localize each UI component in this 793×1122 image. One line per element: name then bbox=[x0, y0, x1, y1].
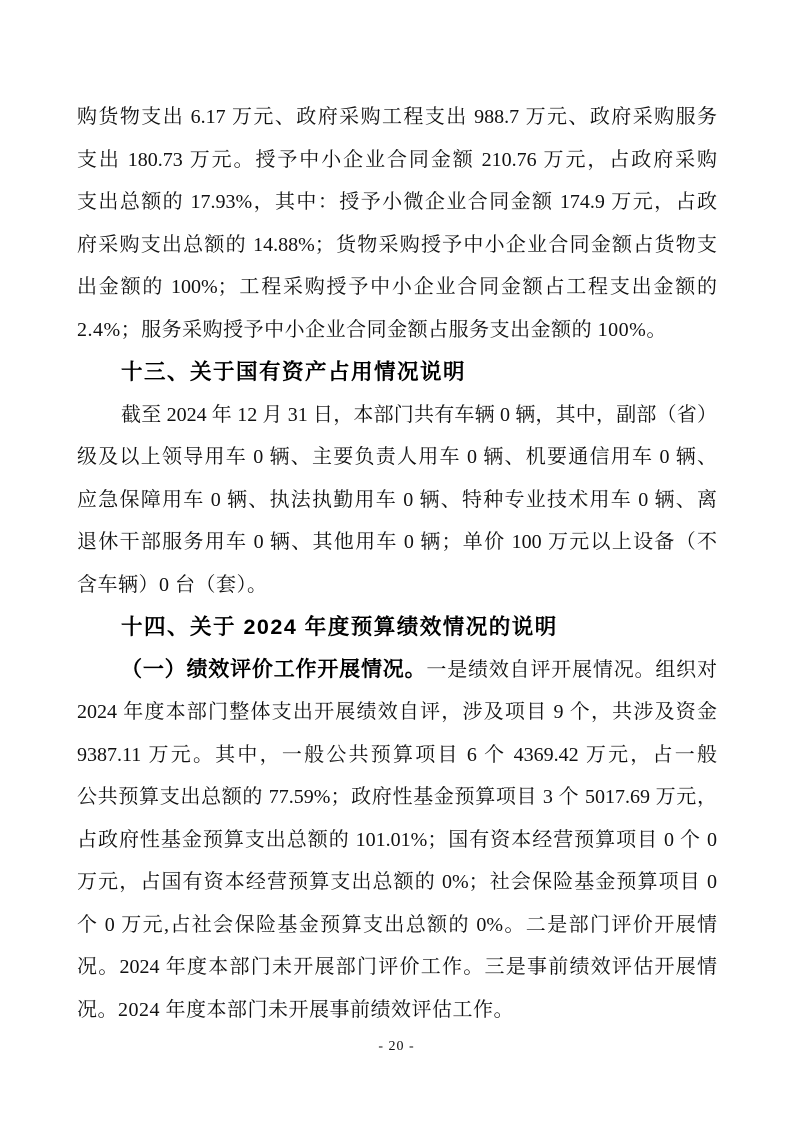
page-content: 购货物支出 6.17 万元、政府采购工程支出 988.7 万元、政府采购服务 支… bbox=[77, 96, 717, 1031]
text-line: 况。2024 年度本部门未开展事前绩效评估工作。 bbox=[77, 989, 717, 1032]
text-line: 出金额的 100%；工程采购授予中小企业合同金额占工程支出金额的 bbox=[77, 266, 717, 309]
page-number: - 20 - bbox=[0, 1036, 793, 1058]
text-line: 购货物支出 6.17 万元、政府采购工程支出 988.7 万元、政府采购服务 bbox=[77, 96, 717, 139]
text-line: 截至 2024 年 12 月 31 日，本部门共有车辆 0 辆，其中，副部（省） bbox=[77, 394, 717, 437]
text-line: 况。2024 年度本部门未开展部门评价工作。三是事前绩效评估开展情 bbox=[77, 946, 717, 989]
text-line: 含车辆）0 台（套）。 bbox=[77, 564, 717, 607]
text-line: 9387.11 万元。其中，一般公共预算项目 6 个 4369.42 万元，占一… bbox=[77, 734, 717, 777]
text-line: 级及以上领导用车 0 辆、主要负责人用车 0 辆、机要通信用车 0 辆、 bbox=[77, 436, 717, 479]
text-line: （一）绩效评价工作开展情况。一是绩效自评开展情况。组织对 bbox=[77, 649, 717, 692]
text-line: 退休干部服务用车 0 辆、其他用车 0 辆；单价 100 万元以上设备（不 bbox=[77, 521, 717, 564]
text-line: 2.4%；服务采购授予中小企业合同金额占服务支出金额的 100%。 bbox=[77, 309, 717, 352]
text-line: 占政府性基金预算支出总额的 101.01%；国有资本经营预算项目 0 个 0 bbox=[77, 819, 717, 862]
text-line: 个 0 万元,占社会保险基金预算支出总额的 0%。二是部门评价开展情 bbox=[77, 904, 717, 947]
text-line: 应急保障用车 0 辆、执法执勤用车 0 辆、特种专业技术用车 0 辆、离 bbox=[77, 479, 717, 522]
subsection-lead-rest: 一是绩效自评开展情况。组织对 bbox=[426, 659, 717, 681]
section-heading-13: 十三、关于国有资产占用情况说明 bbox=[77, 351, 717, 394]
text-line: 支出 180.73 万元。授予中小企业合同金额 210.76 万元，占政府采购 bbox=[77, 139, 717, 182]
text-line: 支出总额的 17.93%，其中：授予小微企业合同金额 174.9 万元，占政 bbox=[77, 181, 717, 224]
section-heading-14: 十四、关于 2024 年度预算绩效情况的说明 bbox=[77, 606, 717, 649]
text-line: 府采购支出总额的 14.88%；货物采购授予中小企业合同金额占货物支 bbox=[77, 224, 717, 267]
text-line: 万元，占国有资本经营预算支出总额的 0%；社会保险基金预算项目 0 bbox=[77, 861, 717, 904]
subsection-lead-bold: （一）绩效评价工作开展情况。 bbox=[121, 658, 426, 681]
text-line: 公共预算支出总额的 77.59%；政府性基金预算项目 3 个 5017.69 万… bbox=[77, 776, 717, 819]
text-line: 2024 年度本部门整体支出开展绩效自评，涉及项目 9 个，共涉及资金 bbox=[77, 691, 717, 734]
document-page: 购货物支出 6.17 万元、政府采购工程支出 988.7 万元、政府采购服务 支… bbox=[0, 0, 793, 1122]
